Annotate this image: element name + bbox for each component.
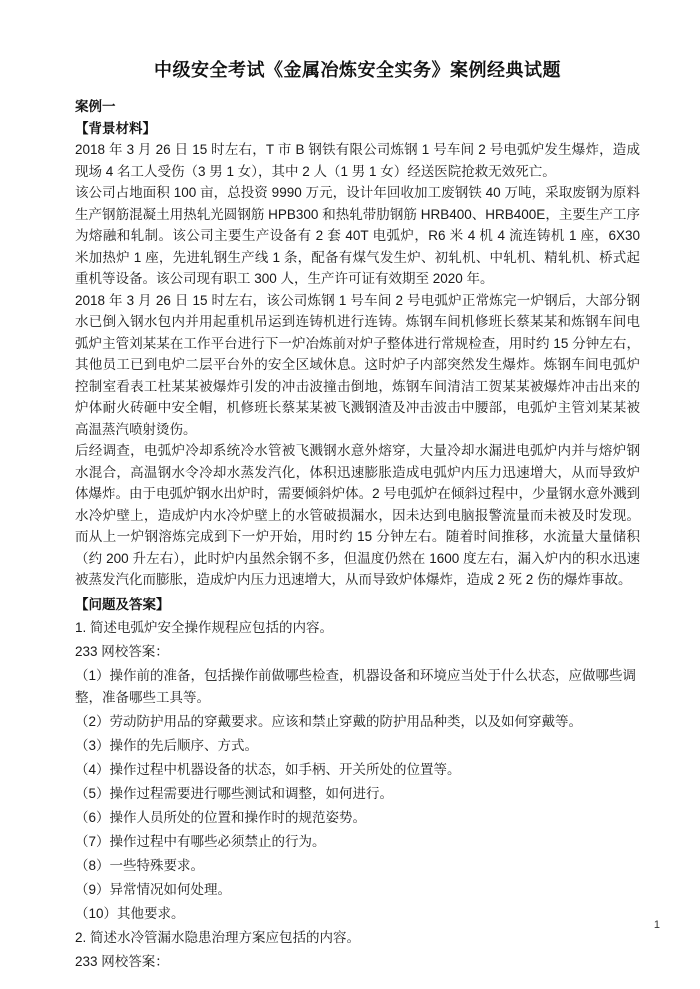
background-paragraph-3: 2018 年 3 月 26 日 15 时左右，该公司炼钢 1 号车间 2 号电弧… xyxy=(75,290,640,441)
qa-answer-item-8: （8）一些特殊要求。 xyxy=(75,855,640,877)
qa-answer-item-5: （5）操作过程需要进行哪些测试和调整，如何进行。 xyxy=(75,783,640,805)
qa-answer-item-2: （2）劳动防护用品的穿戴要求。应该和禁止穿戴的防护用品种类，以及如何穿戴等。 xyxy=(75,711,640,733)
qa-answer-item-9: （9）异常情况如何处理。 xyxy=(75,879,640,901)
qa-answer-item-3: （3）操作的先后顺序、方式。 xyxy=(75,735,640,757)
qa-answer-source-2: 233 网校答案： xyxy=(75,951,640,973)
qa-question-2: 2. 简述水冷管漏水隐患治理方案应包括的内容。 xyxy=(75,927,640,949)
document-title: 中级安全考试《金属冶炼安全实务》案例经典试题 xyxy=(75,57,640,83)
case-heading: 案例一 xyxy=(75,96,640,118)
background-paragraph-2: 该公司占地面积 100 亩，总投资 9990 万元，设计年回收加工废钢铁 40 … xyxy=(75,182,640,290)
document-page: 中级安全考试《金属冶炼安全实务》案例经典试题 案例一 【背景材料】 2018 年… xyxy=(0,0,700,989)
background-section-heading: 【背景材料】 xyxy=(75,118,640,140)
qa-answer-item-1: （1）操作前的准备，包括操作前做哪些检查，机器设备和环境应当处于什么状态，应做哪… xyxy=(75,665,640,708)
background-paragraph-1: 2018 年 3 月 26 日 15 时左右，T 市 B 钢铁有限公司炼钢 1 … xyxy=(75,139,640,182)
background-paragraph-4: 后经调查，电弧炉冷却系统冷水管被飞溅钢水意外熔穿，大量冷却水漏进电弧炉内并与熔炉… xyxy=(75,440,640,591)
qa-answer-item-4: （4）操作过程中机器设备的状态，如手柄、开关所处的位置等。 xyxy=(75,759,640,781)
page-number: 1 xyxy=(654,919,660,931)
qa-answer-source-1: 233 网校答案： xyxy=(75,641,640,663)
qa-section-heading: 【问题及答案】 xyxy=(75,594,640,616)
qa-answer-item-10: （10）其他要求。 xyxy=(75,903,640,925)
qa-answer-item-6: （6）操作人员所处的位置和操作时的规范姿势。 xyxy=(75,807,640,829)
qa-answer-item-7: （7）操作过程中有哪些必须禁止的行为。 xyxy=(75,831,640,853)
qa-question-1: 1. 简述电弧炉安全操作规程应包括的内容。 xyxy=(75,617,640,639)
